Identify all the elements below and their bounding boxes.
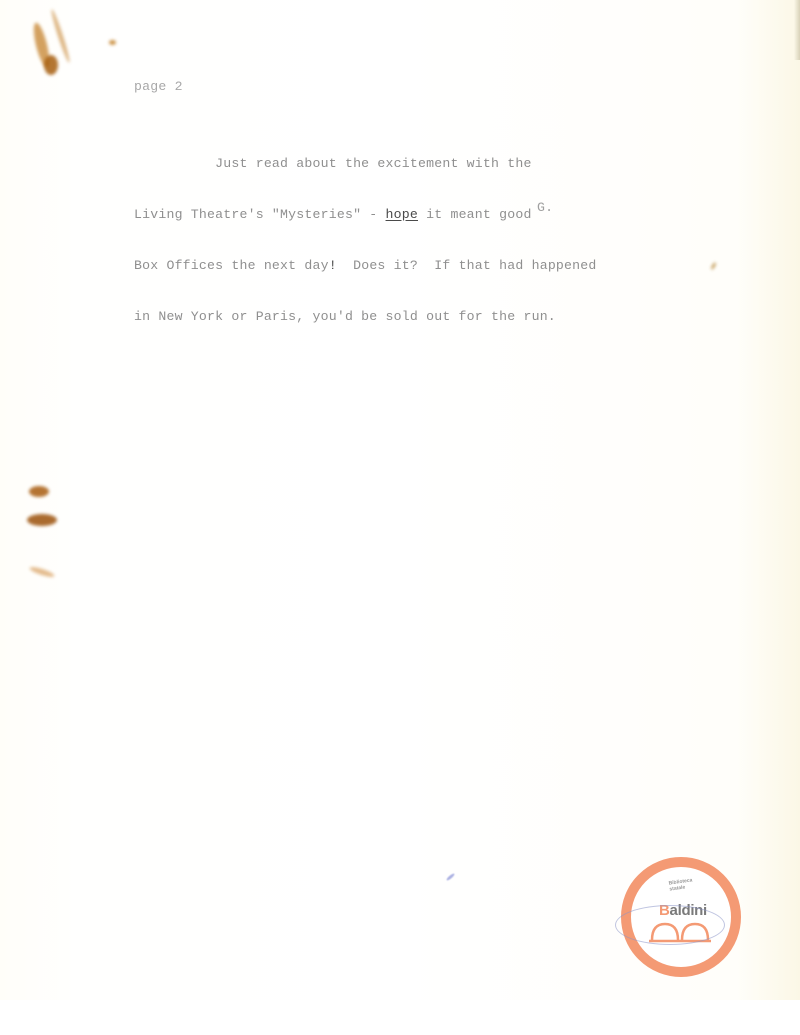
exclamation: !: [329, 258, 337, 273]
rust-stain: [29, 565, 56, 579]
text: Does it? If that had happened: [337, 258, 597, 273]
paragraph-line-3: Box Offices the next day! Does it? If th…: [134, 257, 597, 274]
document-page: page 2 Just read about the excitement wi…: [0, 0, 800, 1000]
rust-stain: [27, 514, 57, 526]
paragraph-line-2: Living Theatre's "Mysteries" - hope it m…: [134, 206, 597, 223]
signature-initial: G.: [537, 199, 553, 216]
rust-stain: [710, 262, 717, 270]
letter-paragraph: Just read about the excitement with the …: [134, 121, 597, 359]
text: Box Offices the next day: [134, 258, 329, 273]
page-bottom-margin: [0, 1000, 800, 1035]
library-stamp: Biblioteca statale Baldini: [621, 857, 741, 977]
rust-stain: [44, 55, 58, 75]
page-number: page 2: [134, 78, 183, 95]
ink-mark: [446, 873, 456, 882]
rust-stain: [109, 40, 116, 45]
paragraph-line-4: in New York or Paris, you'd be sold out …: [134, 308, 597, 325]
text: Living Theatre's "Mysteries" -: [134, 207, 386, 222]
underlined-word: hope: [386, 207, 418, 222]
text: it meant good: [418, 207, 532, 222]
page-edge-shadow: [794, 0, 800, 60]
rust-stain: [29, 486, 49, 497]
oval-ink-stamp: [615, 905, 725, 945]
paragraph-line-1: Just read about the excitement with the: [134, 155, 597, 172]
